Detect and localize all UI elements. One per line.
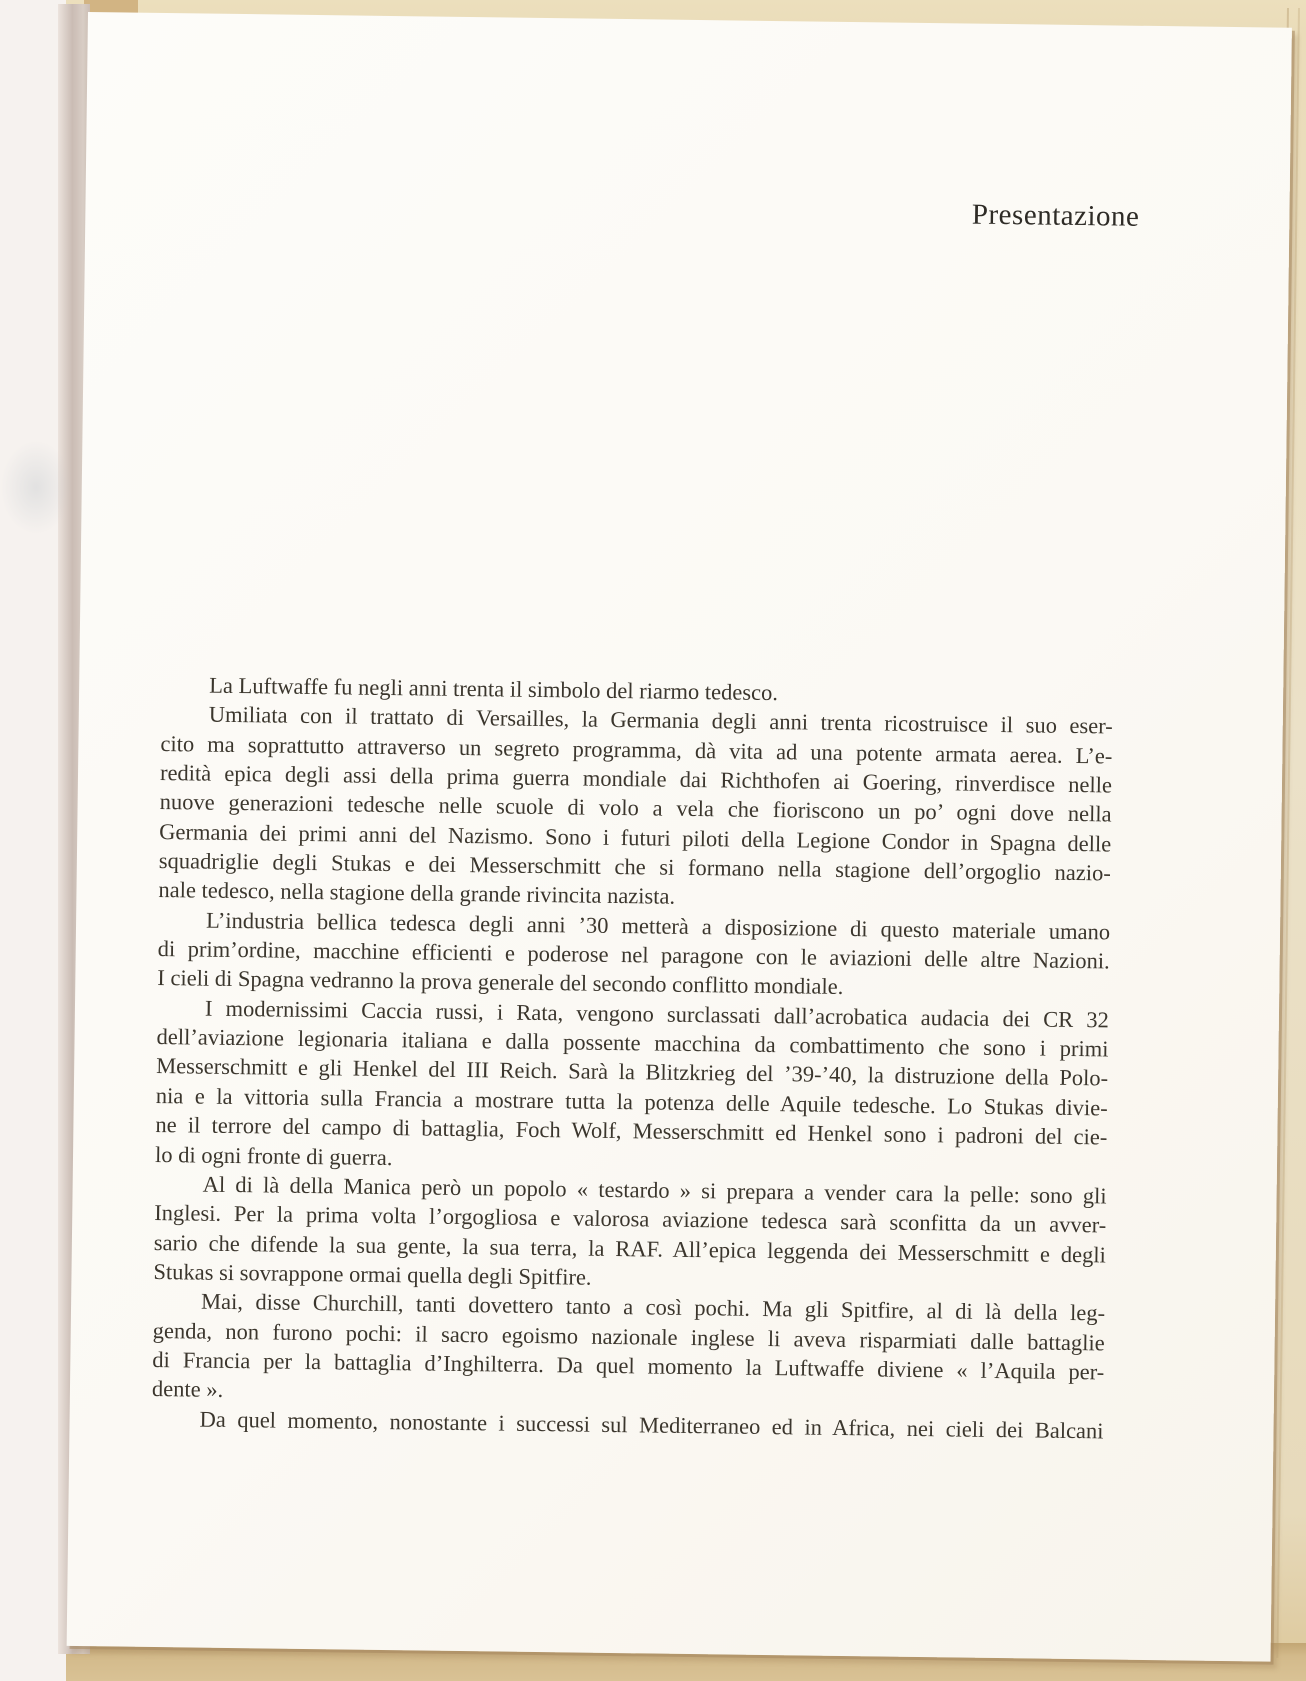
scanned-book-photo: Presentazione La Luftwaffe fu negli anni… (0, 0, 1306, 1681)
book-page: Presentazione La Luftwaffe fu negli anni… (67, 12, 1292, 1662)
scan-smudge (0, 440, 72, 535)
body-text: La Luftwaffe fu negli anni trenta il sim… (151, 670, 1113, 1445)
page-title: Presentazione (972, 199, 1140, 234)
